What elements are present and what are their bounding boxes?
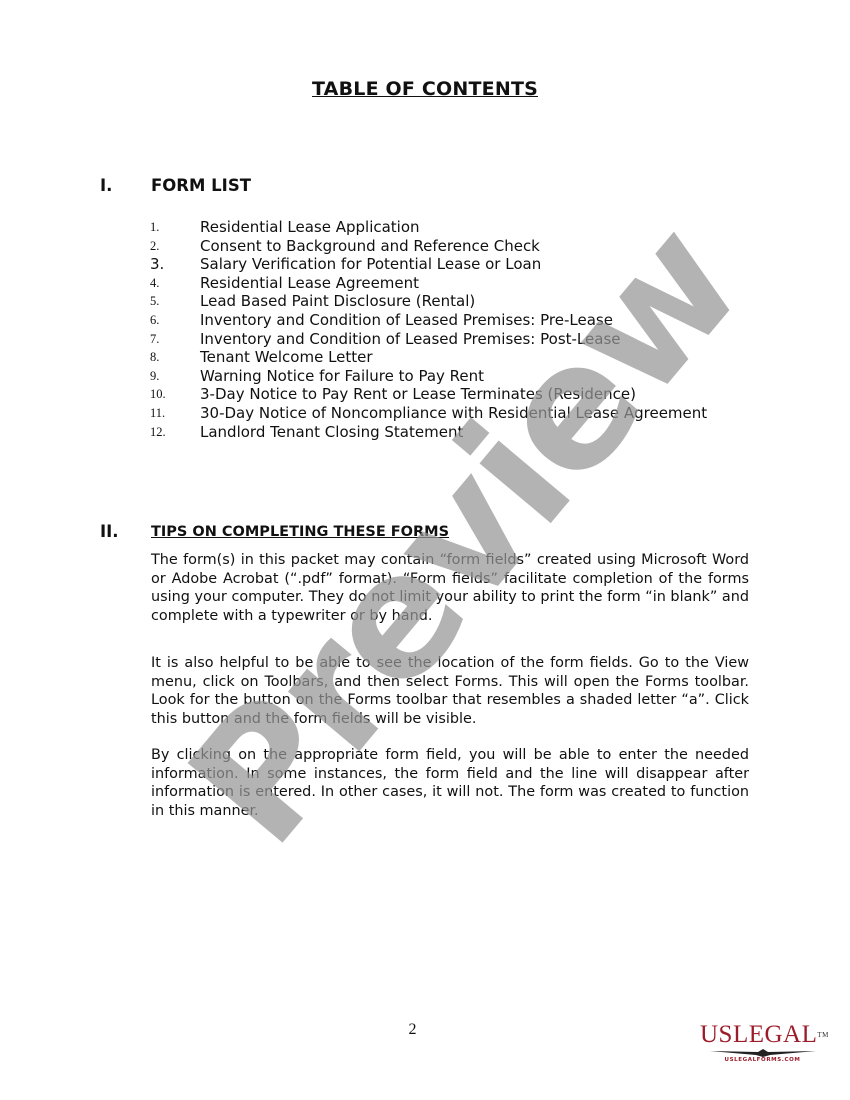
item-title: Residential Lease Application — [200, 218, 420, 237]
form-list-item: 12.Landlord Tenant Closing Statement — [150, 423, 770, 442]
item-title: 3-Day Notice to Pay Rent or Lease Termin… — [200, 385, 636, 404]
item-title: Residential Lease Agreement — [200, 274, 419, 293]
form-list-item: 7.Inventory and Condition of Leased Prem… — [150, 330, 770, 349]
logo-brand: USLEGALTM — [700, 1022, 825, 1048]
tips-paragraph: The form(s) in this packet may contain “… — [151, 551, 749, 625]
document-page: TABLE OF CONTENTS I. FORM LIST 1.Residen… — [0, 0, 850, 1100]
item-title: 30-Day Notice of Noncompliance with Resi… — [200, 404, 707, 423]
form-list-item: 5.Lead Based Paint Disclosure (Rental) — [150, 292, 770, 311]
item-number: 5. — [150, 292, 159, 311]
item-number: 11. — [150, 404, 165, 423]
item-number: 10. — [150, 385, 166, 404]
section-title: FORM LIST — [151, 176, 251, 195]
form-list-item: 6.Inventory and Condition of Leased Prem… — [150, 311, 770, 330]
form-list-item: 11.30-Day Notice of Noncompliance with R… — [150, 404, 770, 423]
section-title: TIPS ON COMPLETING THESE FORMS — [151, 524, 449, 540]
item-number: 1. — [150, 218, 159, 237]
item-number: 6. — [150, 311, 159, 330]
section-numeral: I. — [100, 176, 112, 195]
uslegal-logo: USLEGALTM USLEGALFORMS.COM — [700, 1022, 825, 1072]
form-list-item: 3.Salary Verification for Potential Leas… — [150, 255, 770, 274]
form-list-item: 1.Residential Lease Application — [150, 218, 770, 237]
eagle-wings-icon — [708, 1049, 818, 1057]
tips-paragraph: It is also helpful to be able to see the… — [151, 654, 749, 728]
item-title: Inventory and Condition of Leased Premis… — [200, 311, 613, 330]
form-list-item: 9.Warning Notice for Failure to Pay Rent — [150, 367, 770, 386]
section-numeral: II. — [100, 522, 119, 541]
page-title: TABLE OF CONTENTS — [0, 78, 850, 100]
item-number: 4. — [150, 274, 159, 293]
item-title: Inventory and Condition of Leased Premis… — [200, 330, 620, 349]
item-title: Consent to Background and Reference Chec… — [200, 237, 540, 256]
item-number: 7. — [150, 330, 159, 349]
item-number: 12. — [150, 423, 166, 442]
form-list: 1.Residential Lease Application2.Consent… — [150, 218, 770, 441]
form-list-item: 10.3-Day Notice to Pay Rent or Lease Ter… — [150, 385, 770, 404]
form-list-item: 8.Tenant Welcome Letter — [150, 348, 770, 367]
item-title: Tenant Welcome Letter — [200, 348, 373, 367]
item-title: Warning Notice for Failure to Pay Rent — [200, 367, 484, 386]
item-title: Landlord Tenant Closing Statement — [200, 423, 463, 442]
tips-paragraph: By clicking on the appropriate form fiel… — [151, 746, 749, 820]
form-list-item: 2.Consent to Background and Reference Ch… — [150, 237, 770, 256]
logo-url: USLEGALFORMS.COM — [700, 1057, 825, 1063]
item-number: 8. — [150, 348, 159, 367]
item-number: 3. — [150, 255, 164, 274]
item-title: Lead Based Paint Disclosure (Rental) — [200, 292, 475, 311]
form-list-item: 4.Residential Lease Agreement — [150, 274, 770, 293]
item-number: 2. — [150, 237, 159, 256]
item-number: 9. — [150, 367, 159, 386]
item-title: Salary Verification for Potential Lease … — [200, 255, 541, 274]
